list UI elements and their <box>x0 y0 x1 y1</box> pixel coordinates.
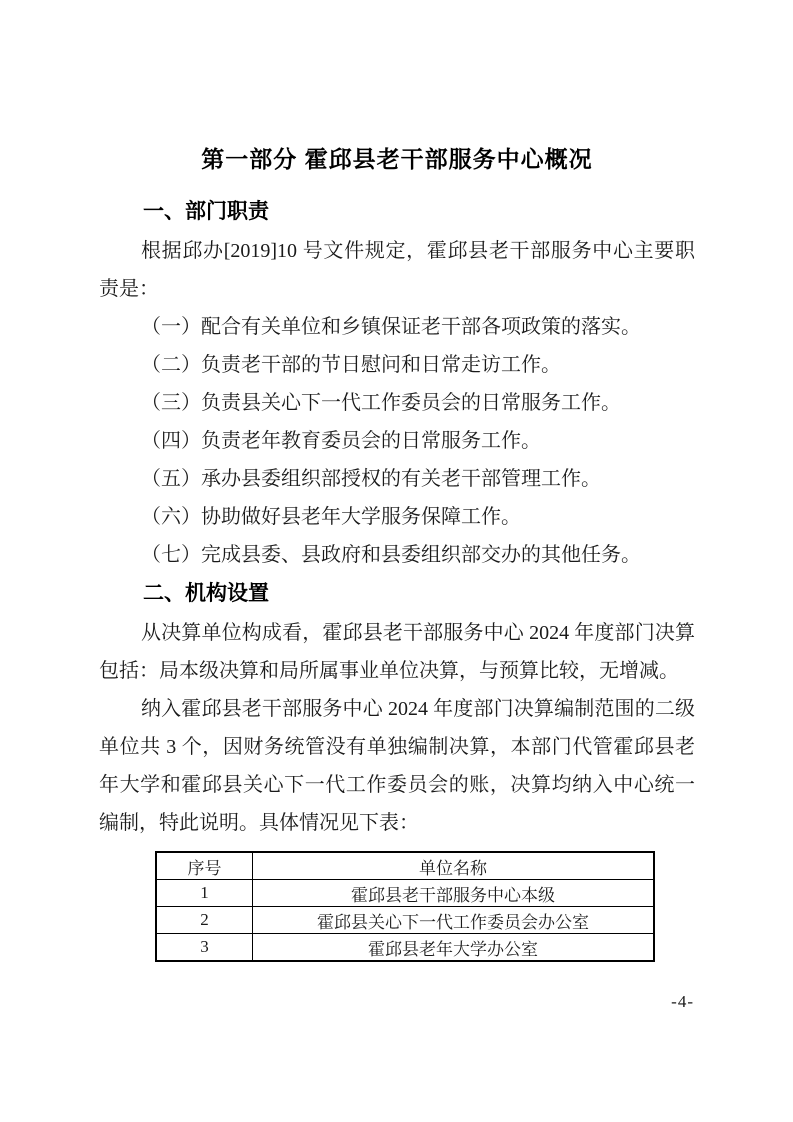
unit-no-cell: 1 <box>156 880 253 907</box>
units-table-header-row: 序号 单位名称 <box>156 852 654 880</box>
duty-item-4: （四）负责老年教育委员会的日常服务工作。 <box>99 422 695 460</box>
section-heading-duties: 一、部门职责 <box>99 192 695 232</box>
unit-name-cell: 霍邱县关心下一代工作委员会办公室 <box>253 907 655 934</box>
units-table-row: 3 霍邱县老年大学办公室 <box>156 934 654 962</box>
units-table-row: 1 霍邱县老干部服务中心本级 <box>156 880 654 907</box>
units-table-header-name: 单位名称 <box>253 852 655 880</box>
section-heading-structure: 二、机构设置 <box>99 574 695 614</box>
duty-item-5: （五）承办县委组织部授权的有关老干部管理工作。 <box>99 460 695 498</box>
units-table-header-no: 序号 <box>156 852 253 880</box>
document-title: 第一部分 霍邱县老干部服务中心概况 <box>99 140 695 178</box>
document-content: 第一部分 霍邱县老干部服务中心概况 一、部门职责 根据邱办[2019]10 号文… <box>99 140 695 962</box>
units-table: 序号 单位名称 1 霍邱县老干部服务中心本级 2 霍邱县关心下一代工作委员会办公… <box>155 851 655 962</box>
duty-item-1: （一）配合有关单位和乡镇保证老干部各项政策的落实。 <box>99 308 695 346</box>
duty-item-7: （七）完成县委、县政府和县委组织部交办的其他任务。 <box>99 536 695 574</box>
unit-name-cell: 霍邱县老干部服务中心本级 <box>253 880 655 907</box>
duty-item-2: （二）负责老干部的节日慰问和日常走访工作。 <box>99 346 695 384</box>
duty-item-6: （六）协助做好县老年大学服务保障工作。 <box>99 498 695 536</box>
units-table-row: 2 霍邱县关心下一代工作委员会办公室 <box>156 907 654 934</box>
document-page: 第一部分 霍邱县老干部服务中心概况 一、部门职责 根据邱办[2019]10 号文… <box>0 0 793 1122</box>
intro-paragraph: 根据邱办[2019]10 号文件规定，霍邱县老干部服务中心主要职责是： <box>99 232 695 308</box>
unit-no-cell: 3 <box>156 934 253 962</box>
secondary-units-paragraph: 纳入霍邱县老干部服务中心 2024 年度部门决算编制范围的二级单位共 3 个，因… <box>99 690 695 842</box>
page-number: -4- <box>671 992 694 1012</box>
duty-item-3: （三）负责县关心下一代工作委员会的日常服务工作。 <box>99 384 695 422</box>
unit-name-cell: 霍邱县老年大学办公室 <box>253 934 655 962</box>
budget-composition-paragraph: 从决算单位构成看，霍邱县老干部服务中心 2024 年度部门决算包括：局本级决算和… <box>99 614 695 690</box>
unit-no-cell: 2 <box>156 907 253 934</box>
